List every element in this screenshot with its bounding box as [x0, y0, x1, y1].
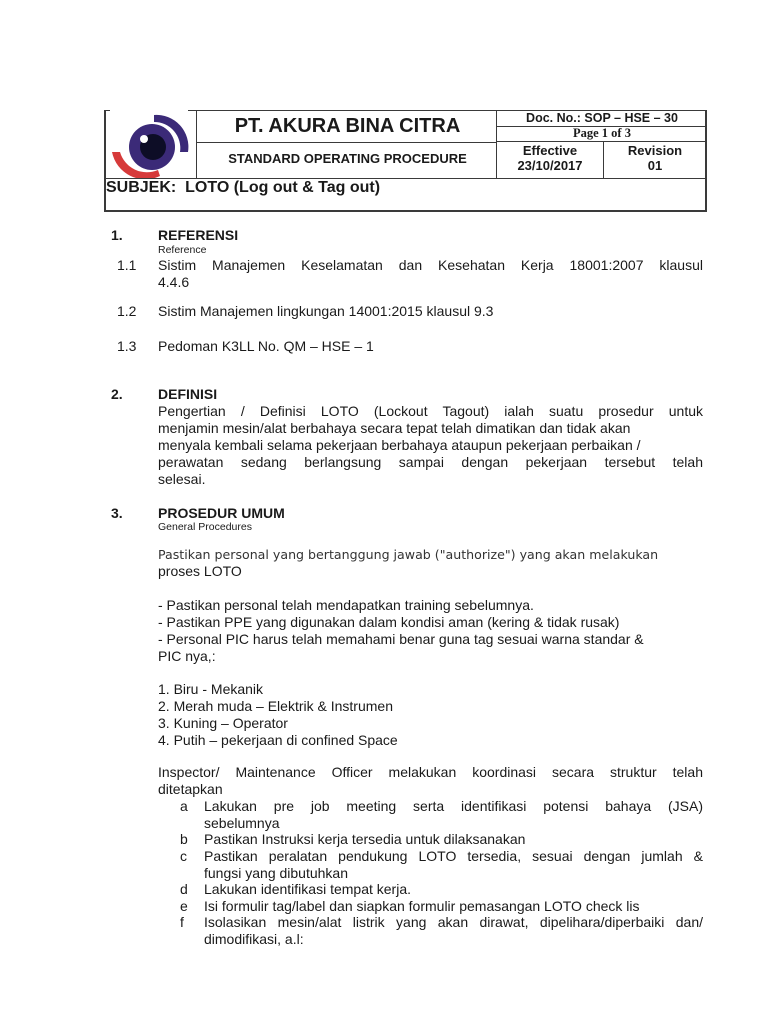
item-1-1-number: 1.1 — [117, 257, 136, 273]
section-1-subtitle: Reference — [158, 244, 206, 256]
effective-date: 23/10/2017 — [497, 158, 603, 173]
step-d-letter: d — [180, 881, 188, 897]
tag-color-item: 4. Putih – pekerjaan di confined Space — [158, 732, 703, 749]
inspector-paragraph: Inspector/ Maintenance Officer melakukan… — [158, 764, 703, 798]
step-b-letter: b — [180, 831, 188, 847]
step-c-text: Pastikan peralatan pendukung LOTO tersed… — [204, 848, 703, 882]
eye-logo-icon — [108, 112, 192, 178]
section-1-title: REFERENSI — [158, 227, 238, 243]
item-1-2-text: Sistim Manajemen lingkungan 14001:2015 k… — [158, 303, 703, 320]
step-b-text: Pastikan Instruksi kerja tersedia untuk … — [204, 831, 703, 848]
page-indicator: Page 1 of 3 — [497, 126, 707, 141]
requirements-list: - Pastikan personal telah mendapatkan tr… — [158, 597, 703, 665]
section-2-title: DEFINISI — [158, 386, 217, 402]
effective-cell: Effective 23/10/2017 — [497, 141, 603, 179]
step-d-text: Lakukan identifikasi tempat kerja. — [204, 881, 703, 898]
tag-color-item: 3. Kuning – Operator — [158, 715, 703, 732]
step-f-text: Isolasikan mesin/alat listrik yang akan … — [204, 914, 703, 948]
item-1-3-number: 1.3 — [117, 338, 136, 354]
revision-label: Revision — [603, 143, 707, 158]
table-border-top-tick — [104, 110, 110, 111]
requirement-item: - Pastikan personal telah mendapatkan tr… — [158, 597, 703, 614]
tag-color-item: 1. Biru - Mekanik — [158, 681, 703, 698]
effective-label: Effective — [497, 143, 603, 158]
document-type: STANDARD OPERATING PROCEDURE — [198, 145, 497, 177]
step-a-letter: a — [180, 798, 188, 814]
definition-paragraph: Pengertian / Definisi LOTO (Lockout Tago… — [158, 403, 703, 488]
item-1-3-text: Pedoman K3LL No. QM – HSE – 1 — [158, 338, 703, 355]
tag-color-item: 2. Merah muda – Elektrik & Instrumen — [158, 698, 703, 715]
step-c-letter: c — [180, 848, 187, 864]
section-3-title: PROSEDUR UMUM — [158, 505, 285, 521]
title-divider — [196, 142, 497, 143]
requirement-item: PIC nya,: — [158, 648, 703, 665]
logo-divider — [196, 110, 197, 178]
table-border-bottom — [104, 210, 707, 212]
item-1-1-text: Sistim Manajemen Keselamatan dan Kesehat… — [158, 257, 703, 291]
section-3-number: 3. — [111, 505, 123, 521]
section-1-number: 1. — [111, 227, 123, 243]
step-e-text: Isi formulir tag/label dan siapkan formu… — [204, 898, 703, 915]
subject-line: SUBJEK: LOTO (Log out & Tag out) — [106, 178, 380, 198]
authorize-paragraph: Pastikan personal yang bertanggung jawab… — [158, 546, 703, 580]
step-e-letter: e — [180, 898, 188, 914]
section-3-subtitle: General Procedures — [158, 521, 252, 533]
tag-color-list: 1. Biru - Mekanik 2. Merah muda – Elektr… — [158, 681, 703, 749]
item-1-2-number: 1.2 — [117, 303, 136, 319]
requirement-item: - Personal PIC harus telah memahami bena… — [158, 631, 703, 648]
step-f-letter: f — [180, 914, 184, 930]
revision-cell: Revision 01 — [603, 141, 707, 179]
requirement-item: - Pastikan PPE yang digunakan dalam kond… — [158, 614, 703, 631]
step-a-text: Lakukan pre job meeting serta identifika… — [204, 798, 703, 832]
company-name: PT. AKURA BINA CITRA — [198, 112, 497, 140]
revision-value: 01 — [603, 158, 707, 173]
section-2-number: 2. — [111, 386, 123, 402]
document-number: Doc. No.: SOP – HSE – 30 — [497, 110, 707, 126]
